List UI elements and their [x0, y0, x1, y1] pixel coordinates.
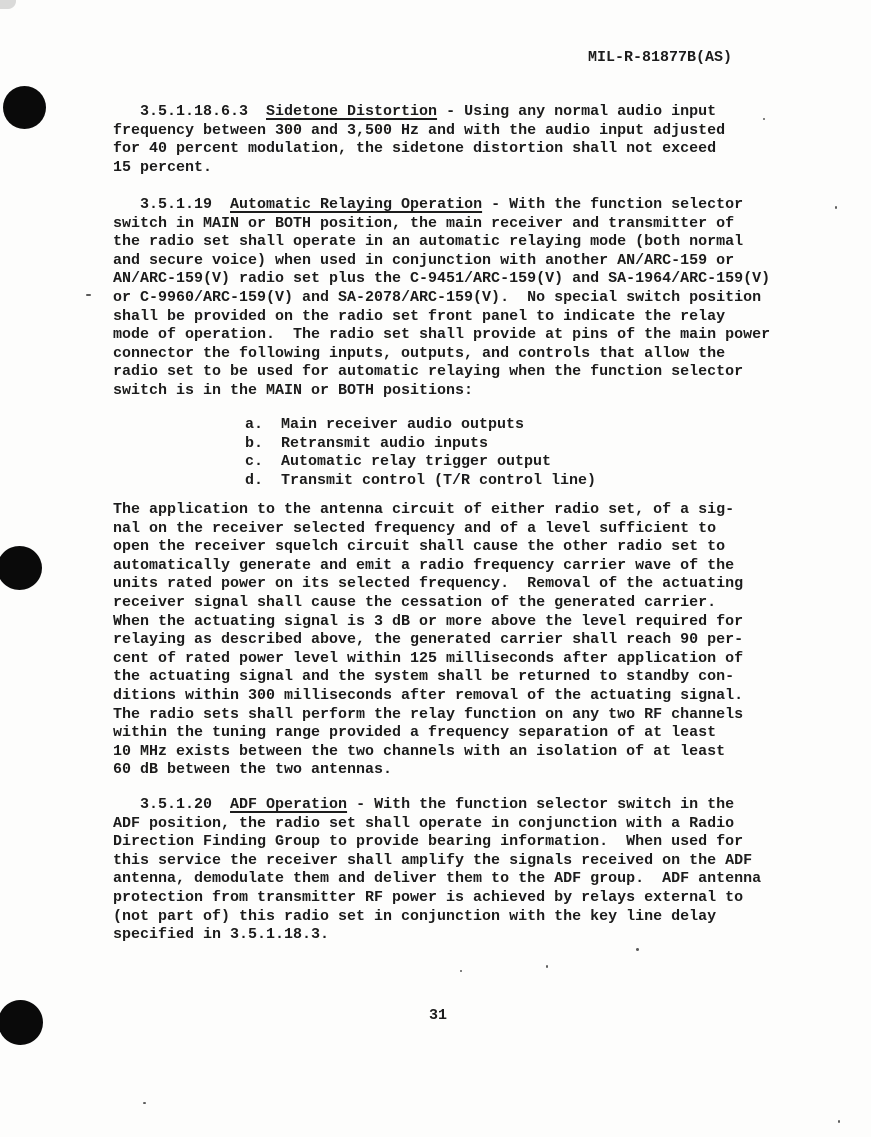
binder-hole-bottom: [0, 1000, 43, 1045]
section-3-5-1-19-automatic-relaying-operation: 3.5.1.19 Automatic Relaying Operation - …: [113, 196, 770, 401]
scan-speck: [86, 294, 91, 296]
scan-speck: [835, 206, 837, 209]
binder-hole-top: [3, 86, 46, 129]
scan-speck: [636, 948, 639, 951]
scan-speck: [143, 1102, 146, 1104]
page-number: 31: [429, 1007, 447, 1026]
scan-speck: [460, 970, 462, 972]
scan-smudge: [0, 0, 16, 9]
section-3-5-1-18-6-3-sidetone-distortion: 3.5.1.18.6.3 Sidetone Distortion - Using…: [113, 103, 725, 177]
scan-speck: [838, 1120, 840, 1123]
section-3-5-1-20-adf-operation: 3.5.1.20 ADF Operation - With the functi…: [113, 796, 761, 945]
document-reference: MIL-R-81877B(AS): [588, 49, 732, 68]
scan-speck: [546, 965, 548, 968]
scan-speck: [763, 118, 765, 120]
document-page: MIL-R-81877B(AS) 3.5.1.18.6.3 Sidetone D…: [0, 0, 871, 1137]
binder-hole-middle: [0, 546, 42, 590]
relay-io-list: a. Main receiver audio outputsb. Retrans…: [245, 416, 596, 490]
paragraph-antenna-application: The application to the antenna circuit o…: [113, 501, 743, 780]
